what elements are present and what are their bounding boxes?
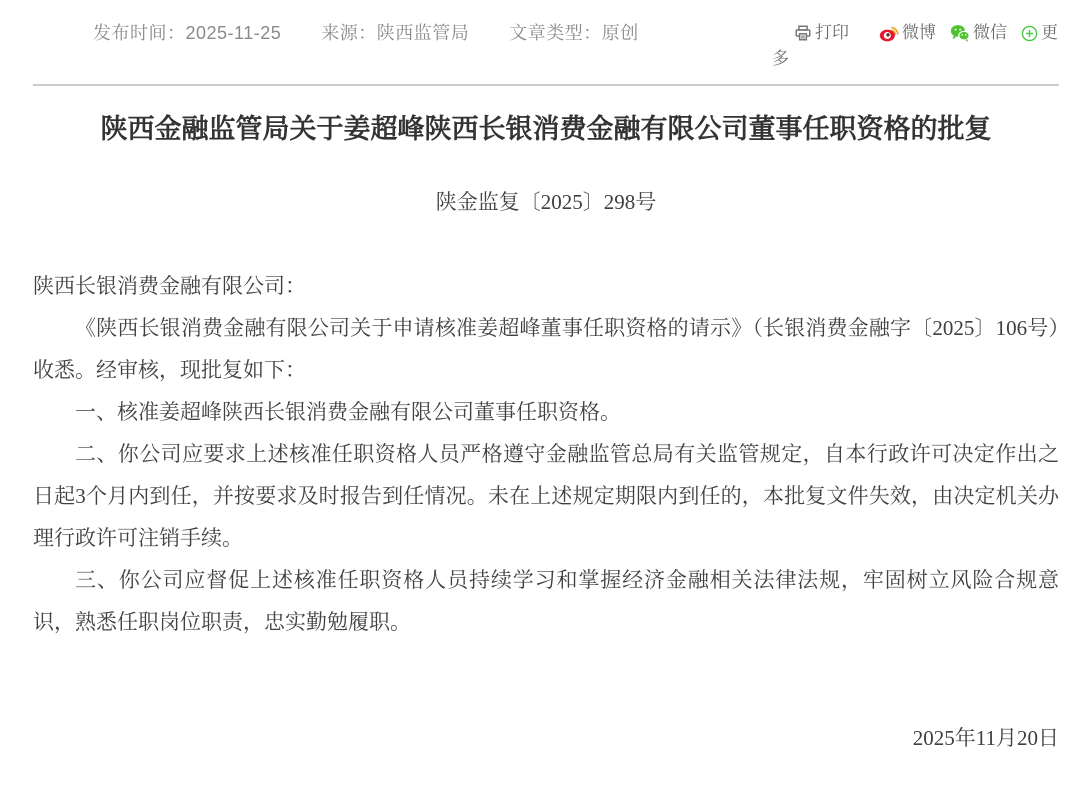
document-paragraph: 二、你公司应要求上述核准任职资格人员严格遵守金融监管总局有关监管规定，自本行政许… bbox=[33, 433, 1059, 559]
plus-circle-icon bbox=[1021, 25, 1038, 42]
article-type-label: 文章类型： bbox=[509, 23, 602, 43]
doc-number: 陕金监复〔2025〕298号 bbox=[33, 186, 1059, 216]
print-label: 打印 bbox=[815, 20, 849, 46]
weibo-icon bbox=[879, 23, 899, 43]
print-button[interactable]: 打印 bbox=[794, 20, 849, 46]
article-type-value: 原创 bbox=[602, 23, 639, 43]
printer-icon bbox=[794, 24, 812, 42]
share-more-button[interactable]: 更 bbox=[1021, 20, 1058, 46]
source-value: 陕西监管局 bbox=[377, 23, 470, 43]
weibo-label: 微博 bbox=[902, 20, 936, 46]
header-divider bbox=[33, 84, 1059, 86]
source-label: 来源： bbox=[321, 23, 377, 43]
document-paragraph: 三、你公司应督促上述核准任职资格人员持续学习和掌握经济金融相关法律法规，牢固树立… bbox=[33, 559, 1059, 643]
share-more-label-first-char: 更 bbox=[1041, 20, 1058, 46]
article-page: 发布时间：2025-11-25 来源：陕西监管局 文章类型：原创 打印 bbox=[0, 0, 1092, 796]
document-paragraph: 《陕西长银消费金融有限公司关于申请核准姜超峰董事任职资格的请示》（长银消费金融字… bbox=[33, 307, 1059, 391]
meta-info: 发布时间：2025-11-25 来源：陕西监管局 文章类型：原创 bbox=[93, 20, 639, 46]
document-paragraph: 一、核准姜超峰陕西长银消费金融有限公司董事任职资格。 bbox=[33, 391, 1059, 433]
publish-time-label: 发布时间： bbox=[93, 23, 186, 43]
share-weibo-button[interactable]: 微博 bbox=[879, 20, 936, 46]
paragraph-list: 《陕西长银消费金融有限公司关于申请核准姜超峰董事任职资格的请示》（长银消费金融字… bbox=[33, 307, 1059, 643]
wechat-label: 微信 bbox=[973, 20, 1007, 46]
publish-time-value: 2025-11-25 bbox=[186, 23, 282, 43]
share-wechat-button[interactable]: 微信 bbox=[950, 20, 1007, 46]
source: 来源：陕西监管局 bbox=[321, 20, 469, 46]
article-title: 陕西金融监管局关于姜超峰陕西长银消费金融有限公司董事任职资格的批复 bbox=[73, 110, 1019, 148]
publish-time: 发布时间：2025-11-25 bbox=[93, 20, 281, 46]
share-bar: 打印 微博 bbox=[772, 20, 1059, 72]
wechat-icon bbox=[950, 23, 970, 43]
article-meta-bar: 发布时间：2025-11-25 来源：陕西监管局 文章类型：原创 打印 bbox=[33, 0, 1059, 72]
share-more-label-wrapped-char[interactable]: 多 bbox=[772, 46, 789, 72]
salutation: 陕西长银消费金融有限公司： bbox=[33, 265, 1059, 307]
document-date: 2025年11月20日 bbox=[33, 717, 1059, 759]
article-type: 文章类型：原创 bbox=[509, 20, 639, 46]
